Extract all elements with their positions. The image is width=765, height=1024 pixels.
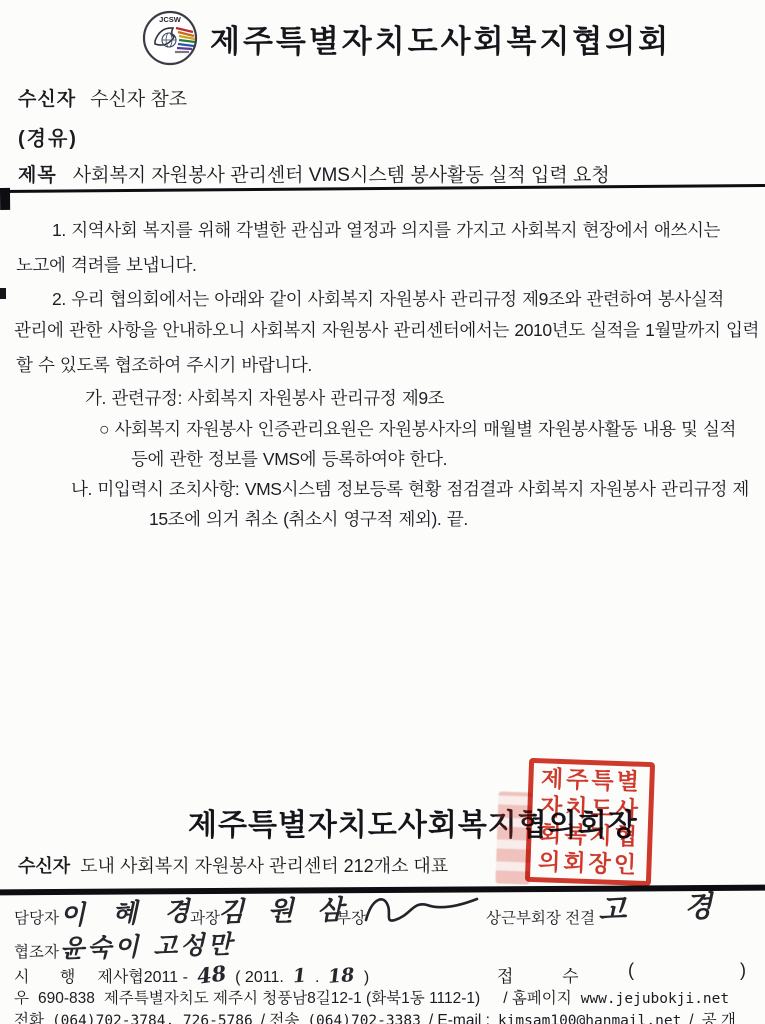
subject-row: 제목사회복지 자원봉사 관리센터 VMS시스템 봉사활동 실적 입력 요청 [18, 160, 610, 187]
body-line: 15조에 의거 취소 (취소시 영구적 제외). 끝. [149, 506, 468, 531]
recipient-value: 수신자 참조 [90, 89, 187, 110]
logo-jcsw-label: JCSW [159, 15, 182, 24]
org-logo: JCSW [141, 9, 199, 67]
email-label: / E-mail : [429, 1012, 490, 1024]
address-row: 우 690-838 제주특별자치도 제주시 청풍남8길12-1 (화북1동 11… [14, 986, 729, 1008]
stamp-row: 자치도사 [540, 795, 642, 822]
postal-label: 우 [14, 986, 29, 1008]
body-line: 1. 지역사회 복지를 위해 각별한 관심과 열정과 의지를 가지고 사회복지 … [52, 217, 720, 242]
dispatch-doc-number: 제사협2011 - [97, 964, 188, 987]
homepage-label: / 홈페이지 [503, 986, 572, 1008]
recipients-label: 수신자 [18, 856, 70, 876]
stamp-row: 의회장인 [538, 850, 640, 877]
receipt-paren-open: ( [628, 960, 634, 981]
phone-numbers: (064)702-3784, 726-5786 [52, 1013, 253, 1024]
receipt-label: 접 수 [497, 962, 601, 987]
stamp-row: 회복지협 [539, 822, 641, 849]
phone-row: 전화 (064)702-3784, 726-5786 / 전송 (064)702… [14, 1008, 736, 1024]
drafter-label: 담당자 [14, 906, 59, 928]
address-text: 제주특별자치도 제주시 청풍남8길12-1 (화북1동 1112-1) [104, 986, 480, 1008]
dispatch-row: 시 행 제사협2011 - 48 ( 2011. 1 . 18 ) [14, 962, 369, 987]
fax-number: (064)702-3383 [307, 1013, 421, 1024]
official-seal-stamp: 제주특별 자치도사 회복지협 의회장인 [525, 758, 655, 886]
scan-artifact [0, 288, 6, 299]
dispatch-day-handwritten: 18 [328, 964, 356, 988]
recipients-value: 도내 사회복지 자원봉사 관리센터 212개소 대표 [80, 856, 448, 876]
dispatch-month-handwritten: 1 [292, 965, 307, 988]
body-line: 등에 관한 정보를 VMS에 등록하여야 한다. [131, 446, 447, 471]
recipient-row: 수신자수신자 참조 [18, 84, 187, 111]
dispatch-label: 시 행 [14, 964, 88, 987]
dispatch-date-prefix: ( 2011. [235, 969, 284, 987]
director-signature-scribble [360, 892, 482, 933]
official-document: JCSW 제주특별자치도사회복지협의회 수신자수신자 참조 (경유) 제목사회복… [0, 0, 765, 1024]
fax-label: / 전송 [261, 1008, 300, 1024]
page-title: 제주특별자치도사회복지협의회 [210, 16, 671, 61]
dispatch-number-handwritten: 48 [196, 960, 228, 988]
disclosure-separator: / [689, 1012, 693, 1024]
body-line: 나. 미입력시 조치사항: VMS시스템 정보등록 현황 점검결과 사회복지 자… [71, 476, 749, 501]
dispatch-date-separator: . [315, 969, 319, 987]
body-line: 가. 관련규정: 사회복지 자원봉사 관리규정 제9조 [85, 385, 444, 410]
subject-value: 사회복지 자원봉사 관리센터 VMS시스템 봉사활동 실적 입력 요청 [73, 165, 610, 186]
final-approver-label: 상근부회장 전결 [486, 906, 595, 928]
body-line: 관리에 관한 사항을 안내하오니 사회복지 자원봉사 관리센터에서는 2010년… [14, 317, 759, 342]
body-line: 2. 우리 협의회에서는 아래와 같이 사회복지 자원봉사 관리규정 제9조와 … [52, 286, 724, 311]
body-line: 노고에 격려를 보냅니다. [16, 252, 196, 277]
final-approver-signature: 고 경 윤 [597, 880, 765, 929]
phone-label: 전화 [14, 1008, 44, 1024]
dispatch-date-suffix: ) [364, 969, 369, 987]
distribution-row: 수신자도내 사회복지 자원봉사 관리센터 212개소 대표 [18, 852, 448, 878]
receipt-paren-close: ) [740, 960, 746, 981]
email-address: kimsam100@hanmail.net [498, 1013, 681, 1024]
manager-signature: 김 원 삼 [218, 888, 351, 929]
subject-label: 제목 [18, 165, 57, 186]
homepage-url: www.jejubokji.net [581, 991, 729, 1007]
disclosure-label: 공 개 [702, 1008, 736, 1024]
recipient-label: 수신자 [18, 89, 76, 110]
via-line: (경유) [18, 122, 78, 151]
body-line: ○ 사회복지 자원봉사 인증관리요원은 자원봉사자의 매월별 자원봉사활동 내용… [99, 416, 736, 441]
postal-code: 690-838 [38, 990, 95, 1008]
stamp-row: 제주특별 [541, 768, 643, 795]
cooperator-signature: 윤숙이 고성만 [60, 925, 235, 966]
body-line: 할 수 있도록 협조하여 주시기 바랍니다. [16, 352, 312, 377]
cooperator-label: 협조자 [14, 940, 59, 962]
